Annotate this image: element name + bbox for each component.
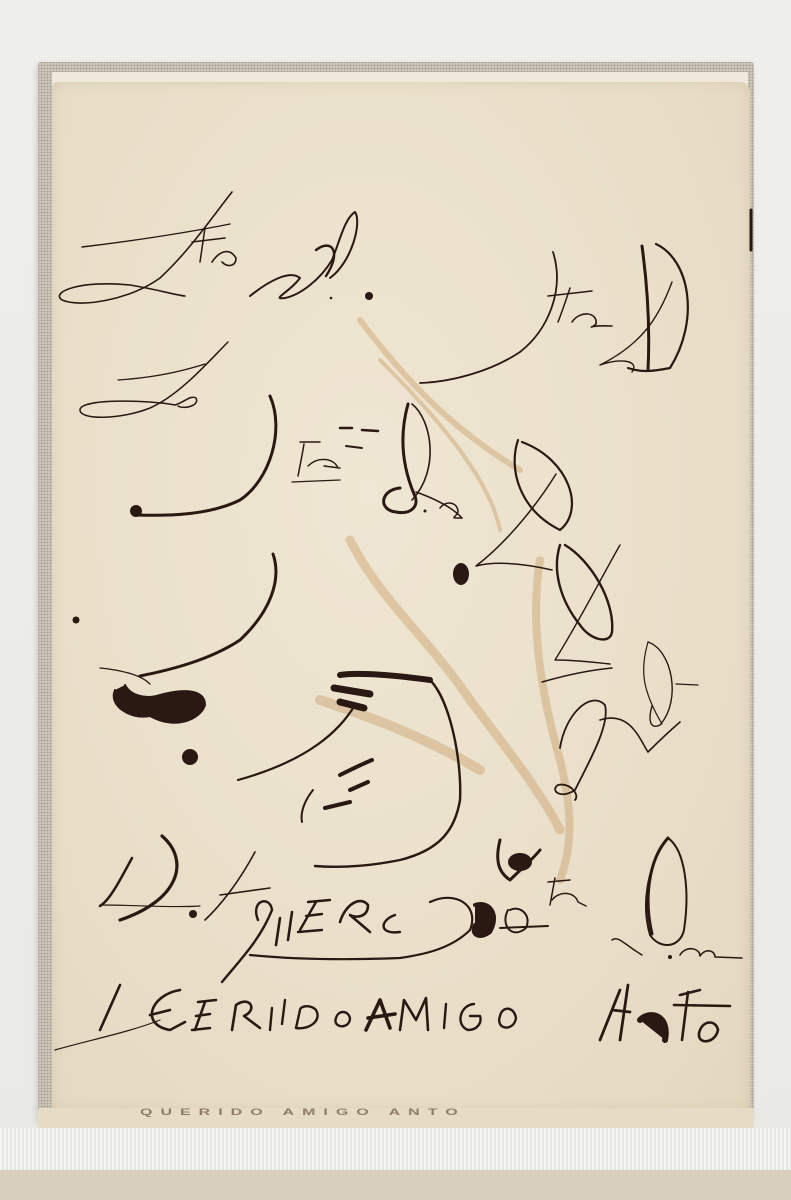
next-page-text: QUERIDO AMIGO ANTO — [140, 1108, 466, 1118]
brush-strokes-middle — [73, 554, 461, 867]
inscription-d-a-querido — [100, 836, 548, 982]
inscription-sta-d-top-right — [420, 244, 688, 383]
inscription-ita-lower — [498, 840, 586, 906]
inscription-da-loops — [555, 642, 698, 800]
inscription-da-lower-right — [612, 838, 742, 959]
ribbon-bookmark — [0, 1128, 791, 1172]
ink-calligraphy-drawing — [0, 0, 791, 1200]
inscription-sr — [80, 342, 228, 417]
lower-page-edge — [0, 1170, 791, 1200]
stain-marks — [320, 320, 569, 880]
inscription-sta-d-top-left — [59, 192, 373, 303]
inscription-querido-amigo — [55, 985, 730, 1050]
inscription-ita — [130, 396, 378, 517]
